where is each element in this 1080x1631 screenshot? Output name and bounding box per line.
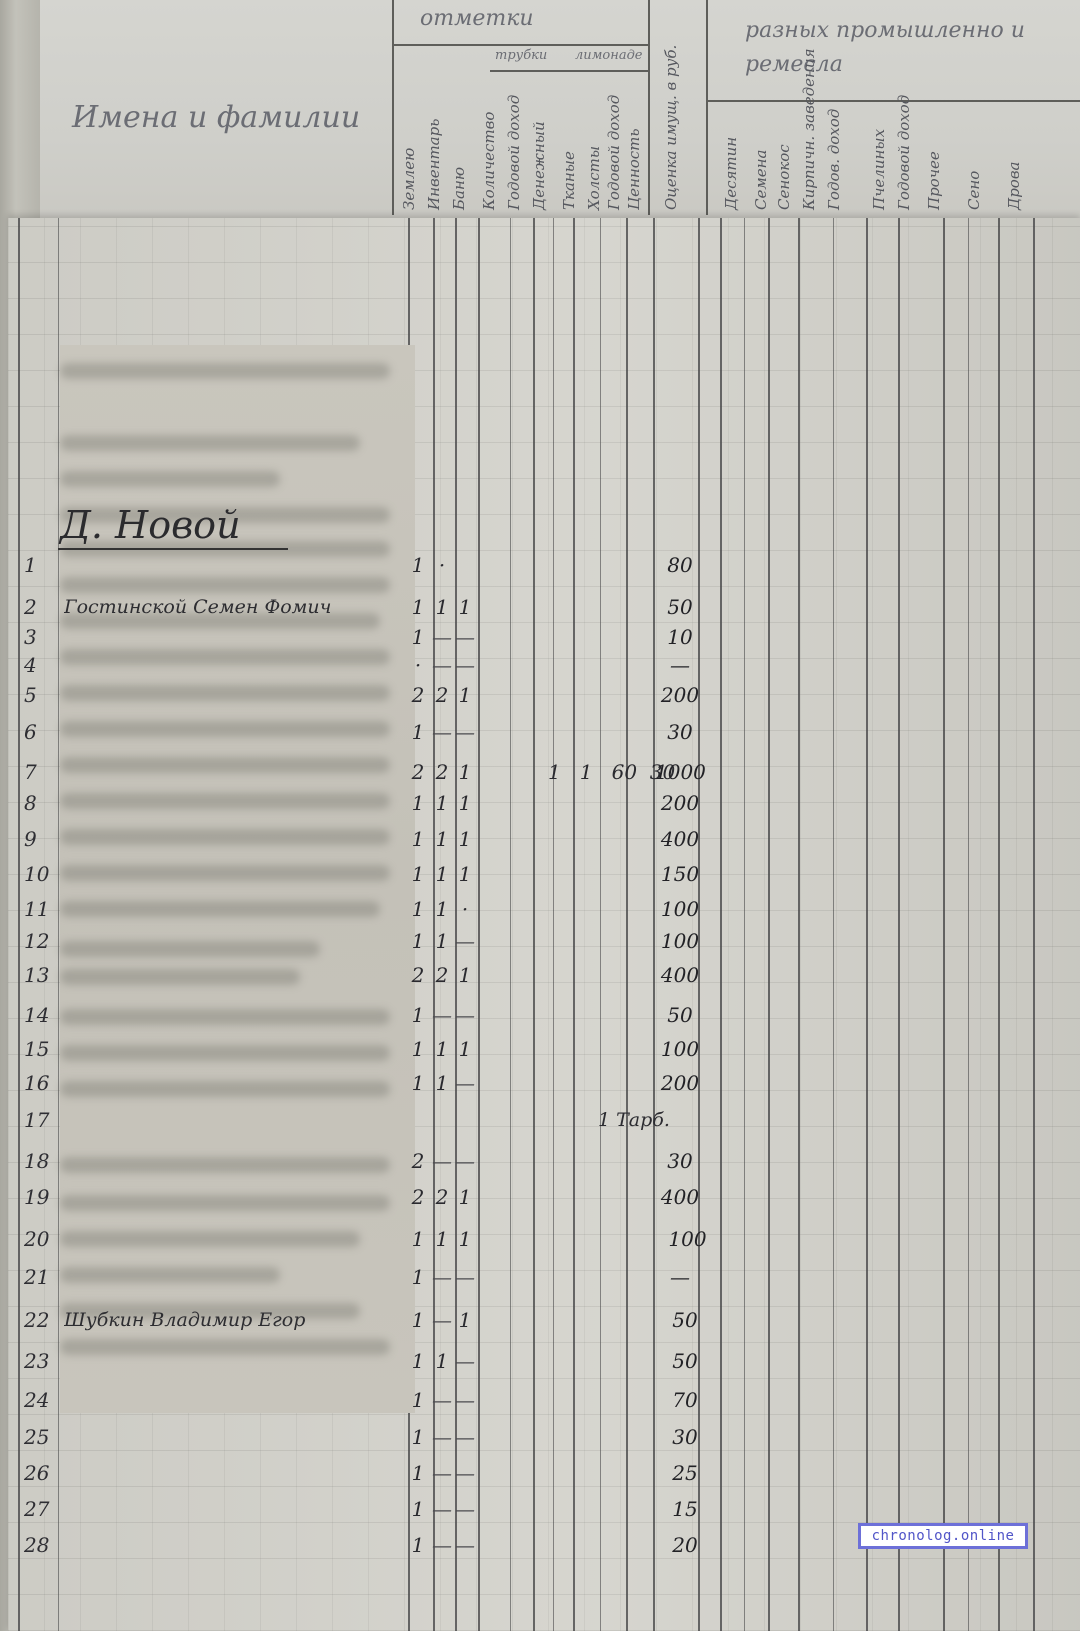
cell-c2: — bbox=[432, 1420, 452, 1454]
table-row: 8 1 1 1 200 bbox=[0, 786, 1080, 820]
row-name bbox=[64, 857, 414, 891]
cell-c3: 1 bbox=[455, 1180, 475, 1214]
row-name bbox=[64, 1456, 414, 1490]
cell-c2: — bbox=[432, 1260, 452, 1294]
cell-c3: — bbox=[455, 1066, 475, 1100]
cell-c2: 2 bbox=[432, 755, 452, 789]
cell-c1: 1 bbox=[408, 998, 428, 1032]
column-header: Денежный bbox=[530, 80, 548, 210]
column-header: Семена bbox=[752, 110, 770, 210]
row-name bbox=[64, 1528, 414, 1562]
cell-c3: 1 bbox=[455, 822, 475, 856]
cell-total: 30 bbox=[660, 1420, 710, 1454]
row-number: 18 bbox=[24, 1144, 64, 1178]
cell-c3: — bbox=[455, 1420, 475, 1454]
cell-c2: 1 bbox=[432, 1344, 452, 1378]
cell-c2: — bbox=[432, 715, 452, 749]
row-number: 6 bbox=[24, 715, 64, 749]
column-header: Количество bbox=[480, 80, 498, 210]
table-row: 7 2 2 1 1 1 60 30 1000 bbox=[0, 755, 1080, 789]
table-row: 24 1 — — 70 bbox=[0, 1383, 1080, 1417]
cell-c3: — bbox=[455, 1528, 475, 1562]
row-number: 27 bbox=[24, 1492, 64, 1526]
row-number: 5 bbox=[24, 678, 64, 712]
cell-c2: 2 bbox=[432, 958, 452, 992]
table-row: 1 1 · 80 bbox=[0, 548, 1080, 582]
cell-total: 15 bbox=[660, 1492, 710, 1526]
row-number: 21 bbox=[24, 1260, 64, 1294]
cell-c1: 1 bbox=[408, 1456, 428, 1490]
cell-total: 400 bbox=[655, 1180, 705, 1214]
row-name bbox=[64, 678, 414, 712]
row-name bbox=[64, 1344, 414, 1378]
cell-total: 70 bbox=[660, 1383, 710, 1417]
row-name bbox=[64, 998, 414, 1032]
table-row: 9 1 1 1 400 bbox=[0, 822, 1080, 856]
row-number: 13 bbox=[24, 958, 64, 992]
header-divider bbox=[706, 0, 708, 215]
row-name bbox=[64, 1103, 414, 1137]
row-name bbox=[64, 1260, 414, 1294]
cell-c2: 1 bbox=[432, 590, 452, 624]
table-row: 17 1 Тарб. bbox=[0, 1103, 1080, 1137]
column-header: Десятин bbox=[722, 110, 740, 210]
row-number: 15 bbox=[24, 1032, 64, 1066]
column-header: Годовой доход bbox=[895, 110, 913, 210]
row-number: 17 bbox=[24, 1103, 64, 1137]
cell-c1: 2 bbox=[408, 1180, 428, 1214]
cell-total: 50 bbox=[660, 1303, 710, 1337]
row-name bbox=[64, 1144, 414, 1178]
table-row: 2 Гостинской Семен Фомич 1 1 1 50 bbox=[0, 590, 1080, 624]
row-number: 16 bbox=[24, 1066, 64, 1100]
row-name bbox=[64, 1032, 414, 1066]
table-row: 5 2 2 1 200 bbox=[0, 678, 1080, 712]
village-heading: Д. Новой bbox=[60, 503, 241, 547]
row-name bbox=[64, 548, 414, 582]
cell-c2: 1 bbox=[432, 892, 452, 926]
cell-c1: 1 bbox=[408, 548, 428, 582]
row-number: 8 bbox=[24, 786, 64, 820]
watermark-badge: chronolog.online bbox=[858, 1523, 1028, 1549]
cell-c1: 1 bbox=[408, 1344, 428, 1378]
table-row: 19 2 2 1 400 bbox=[0, 1180, 1080, 1214]
column-header: Холсты bbox=[585, 80, 603, 210]
cell-c2: — bbox=[432, 1144, 452, 1178]
cell-c3: — bbox=[455, 924, 475, 958]
column-header: Кирпичн. заведения bbox=[800, 110, 818, 210]
cell-c3: — bbox=[455, 1492, 475, 1526]
cell-c1: 1 bbox=[408, 1260, 428, 1294]
cell-c2: — bbox=[432, 1303, 452, 1337]
row-name bbox=[64, 958, 414, 992]
column-header: Годовой доход bbox=[605, 80, 623, 210]
subgroup-1-label: трубки bbox=[495, 48, 547, 63]
cell-total: 200 bbox=[655, 1066, 705, 1100]
group-left-label: отметки bbox=[420, 6, 534, 31]
cell-total: 100 bbox=[655, 1032, 705, 1066]
row-name bbox=[64, 1066, 414, 1100]
cell-c3: 1 bbox=[455, 590, 475, 624]
cell-c1: 1 bbox=[408, 1303, 428, 1337]
cell-c1: 1 bbox=[408, 1492, 428, 1526]
cell-c1: 1 bbox=[408, 786, 428, 820]
table-row: 27 1 — — 15 bbox=[0, 1492, 1080, 1526]
cell-total: 30 bbox=[655, 1144, 705, 1178]
cell-c3: 1 bbox=[455, 1032, 475, 1066]
cell-c1: 1 bbox=[408, 715, 428, 749]
cell-c2: — bbox=[432, 1492, 452, 1526]
cell-c2: 1 bbox=[432, 786, 452, 820]
row-name bbox=[64, 648, 414, 682]
cell-total: 150 bbox=[655, 857, 705, 891]
cell-c1: 2 bbox=[408, 958, 428, 992]
cell-total: 400 bbox=[655, 958, 705, 992]
cell-c2: 1 bbox=[432, 1222, 452, 1256]
cell-c3: — bbox=[455, 1144, 475, 1178]
cell-c1: 1 bbox=[408, 1383, 428, 1417]
row-name bbox=[64, 1222, 414, 1256]
column-header: Баню bbox=[450, 95, 468, 210]
row-number: 1 bbox=[24, 548, 64, 582]
table-row: 23 1 1 — 50 bbox=[0, 1344, 1080, 1378]
cell-c2: 1 bbox=[432, 822, 452, 856]
cell-c3: 1 bbox=[455, 678, 475, 712]
cell-c1: 2 bbox=[408, 755, 428, 789]
name-column-label: Имена и фамилии bbox=[72, 100, 360, 135]
row-name bbox=[64, 715, 414, 749]
row-number: 22 bbox=[24, 1303, 64, 1337]
row-number: 2 bbox=[24, 590, 64, 624]
cell-c2: 2 bbox=[432, 678, 452, 712]
row-name bbox=[64, 1420, 414, 1454]
cell-c2: — bbox=[432, 1383, 452, 1417]
cell-c2: 1 bbox=[432, 1066, 452, 1100]
row-number: 19 bbox=[24, 1180, 64, 1214]
table-row: 11 1 1 · 100 bbox=[0, 892, 1080, 926]
column-header: Ценность bbox=[625, 80, 643, 210]
value-column-header: Оценка имущ. в руб. bbox=[662, 40, 680, 210]
cell-total: 100 bbox=[655, 892, 705, 926]
cell-c3: 1 bbox=[455, 958, 475, 992]
row-name bbox=[64, 1383, 414, 1417]
table-row: 20 1 1 1 100 bbox=[0, 1222, 1080, 1256]
column-header: Годовой доход bbox=[505, 80, 523, 210]
table-row: 14 1 — — 50 bbox=[0, 998, 1080, 1032]
cell-total: 80 bbox=[655, 548, 705, 582]
row-name bbox=[64, 755, 414, 789]
row-number: 26 bbox=[24, 1456, 64, 1490]
column-header: Сенокос bbox=[775, 110, 793, 210]
cell-total: 50 bbox=[660, 1344, 710, 1378]
cell-c3: — bbox=[455, 715, 475, 749]
row-number: 23 bbox=[24, 1344, 64, 1378]
row-number: 9 bbox=[24, 822, 64, 856]
table-row: 21 1 — — — bbox=[0, 1260, 1080, 1294]
header-rule bbox=[392, 44, 648, 46]
header-divider bbox=[648, 0, 650, 215]
subgroup-2-label: лимонаде bbox=[575, 48, 643, 63]
table-row: 22 Шубкин Владимир Егор 1 — 1 50 bbox=[0, 1303, 1080, 1337]
cell-c3: · bbox=[455, 892, 475, 926]
table-row: 18 2 — — 30 bbox=[0, 1144, 1080, 1178]
cell-c3: 1 bbox=[455, 857, 475, 891]
cell-c2: — bbox=[432, 1528, 452, 1562]
cell-c1: 2 bbox=[408, 1144, 428, 1178]
cell-c3: 1 bbox=[455, 1303, 475, 1337]
cell-c2: 1 bbox=[432, 924, 452, 958]
cell-total: 400 bbox=[655, 822, 705, 856]
table-row: 6 1 — — 30 bbox=[0, 715, 1080, 749]
cell-total: — bbox=[655, 648, 705, 682]
cell-c1: 1 bbox=[408, 857, 428, 891]
row-name bbox=[64, 1180, 414, 1214]
cell-c1: 2 bbox=[408, 678, 428, 712]
column-header: Пчелиных bbox=[870, 110, 888, 210]
cell-total: 100 bbox=[660, 1222, 715, 1256]
cell-mid-values: 1 1 60 30 bbox=[548, 755, 658, 789]
cell-c2: — bbox=[432, 648, 452, 682]
row-number: 12 bbox=[24, 924, 64, 958]
cell-c1: 1 bbox=[408, 1528, 428, 1562]
header-rule bbox=[708, 100, 1080, 102]
cell-c3 bbox=[455, 548, 475, 582]
table-row: 4 · — — — bbox=[0, 648, 1080, 682]
header-sheet: Имена и фамилии отметки трубки лимонаде … bbox=[0, 0, 1080, 230]
cell-total: 1000 bbox=[655, 755, 705, 789]
row-number: 11 bbox=[24, 892, 64, 926]
table-row: 15 1 1 1 100 bbox=[0, 1032, 1080, 1066]
row-number: 10 bbox=[24, 857, 64, 891]
cell-total: 50 bbox=[655, 998, 705, 1032]
table-row: 12 1 1 — 100 bbox=[0, 924, 1080, 958]
column-header: Землею bbox=[400, 95, 418, 210]
cell-c3: 1 bbox=[455, 1222, 475, 1256]
cell-c2: — bbox=[432, 998, 452, 1032]
cell-c3: — bbox=[455, 998, 475, 1032]
cell-total: 50 bbox=[655, 590, 705, 624]
table-row: 25 1 — — 30 bbox=[0, 1420, 1080, 1454]
cell-c2: 1 bbox=[432, 1032, 452, 1066]
cell-c3: — bbox=[455, 1344, 475, 1378]
table-row: 13 2 2 1 400 bbox=[0, 958, 1080, 992]
row-number: 7 bbox=[24, 755, 64, 789]
row-number: 14 bbox=[24, 998, 64, 1032]
cell-total: 30 bbox=[655, 715, 705, 749]
column-header: Тканые bbox=[560, 80, 578, 210]
column-header: Инвентарь bbox=[425, 95, 443, 210]
cell-c2: — bbox=[432, 1456, 452, 1490]
cell-c2: 2 bbox=[432, 1180, 452, 1214]
cell-c1: · bbox=[408, 648, 428, 682]
cell-c1: 1 bbox=[408, 590, 428, 624]
cell-total: 200 bbox=[655, 786, 705, 820]
right-group-label: разных промышленно и ремесла bbox=[745, 14, 1065, 82]
cell-total: 200 bbox=[655, 678, 705, 712]
row-number: 28 bbox=[24, 1528, 64, 1562]
header-rule bbox=[490, 70, 648, 72]
row-name bbox=[64, 924, 414, 958]
row-number: 4 bbox=[24, 648, 64, 682]
cell-c1: 1 bbox=[408, 924, 428, 958]
table-row: 16 1 1 — 200 bbox=[0, 1066, 1080, 1100]
row-number: 25 bbox=[24, 1420, 64, 1454]
column-header: Сено bbox=[965, 110, 983, 210]
row-number: 20 bbox=[24, 1222, 64, 1256]
row-name: Гостинской Семен Фомич bbox=[64, 590, 414, 624]
table-row: 26 1 — — 25 bbox=[0, 1456, 1080, 1490]
column-header: Прочее bbox=[925, 110, 943, 210]
cell-c1: 1 bbox=[408, 1420, 428, 1454]
cell-c1: 1 bbox=[408, 1222, 428, 1256]
column-header: Дрова bbox=[1005, 110, 1023, 210]
cell-c1: 1 bbox=[408, 892, 428, 926]
row-name bbox=[64, 892, 414, 926]
column-header: Годов. доход bbox=[825, 110, 843, 210]
cell-c3: 1 bbox=[455, 786, 475, 820]
cell-c3: 1 bbox=[455, 755, 475, 789]
cell-total: — bbox=[655, 1260, 705, 1294]
cell-c3: — bbox=[455, 1260, 475, 1294]
cell-total: 20 bbox=[660, 1528, 710, 1562]
header-divider bbox=[392, 0, 394, 215]
cell-c3: — bbox=[455, 1383, 475, 1417]
cell-c1: 1 bbox=[408, 1066, 428, 1100]
cell-c3: — bbox=[455, 648, 475, 682]
cell-total: 25 bbox=[660, 1456, 710, 1490]
row-name bbox=[64, 1492, 414, 1526]
cell-c2: 1 bbox=[432, 857, 452, 891]
cell-c3: — bbox=[455, 1456, 475, 1490]
table-row: 10 1 1 1 150 bbox=[0, 857, 1080, 891]
cell-c2: · bbox=[432, 548, 452, 582]
row-name bbox=[64, 822, 414, 856]
row-name: Шубкин Владимир Егор bbox=[64, 1303, 414, 1337]
row-name bbox=[64, 786, 414, 820]
cell-c1: 1 bbox=[408, 1032, 428, 1066]
row-number: 24 bbox=[24, 1383, 64, 1417]
row-annotation: 1 Тарб. bbox=[598, 1109, 670, 1131]
cell-c1: 1 bbox=[408, 822, 428, 856]
cell-total: 100 bbox=[655, 924, 705, 958]
